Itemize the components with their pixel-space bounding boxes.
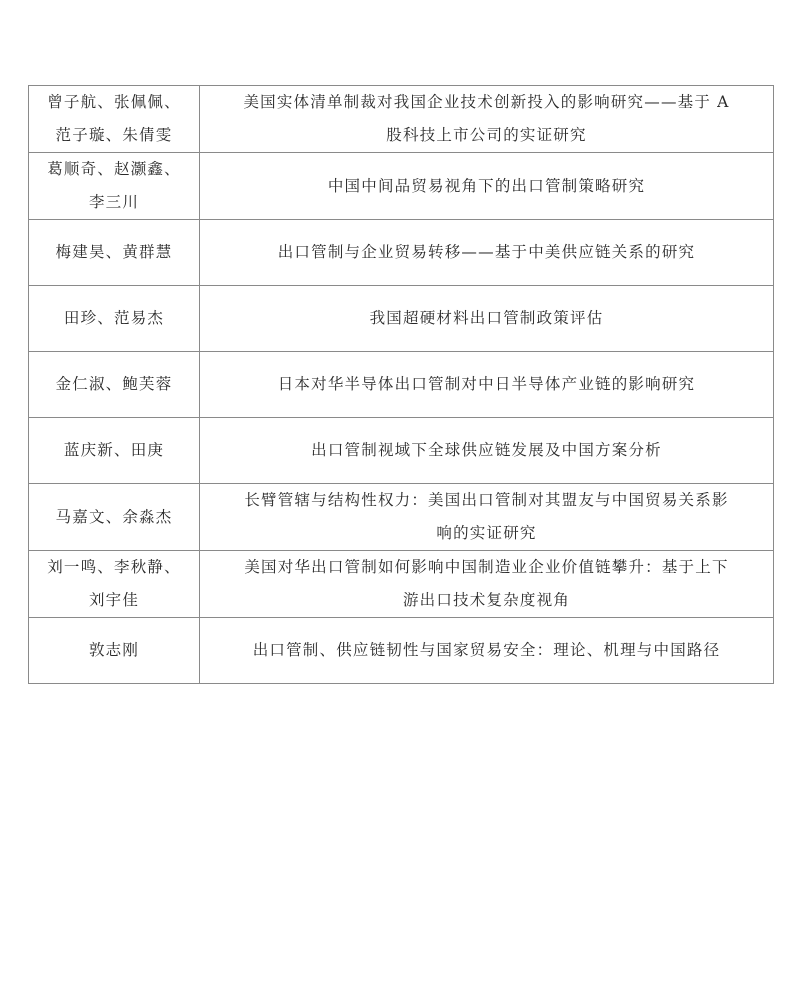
author-line: 刘宇佳 [31, 584, 197, 617]
author-line: 刘一鸣、李秋静、 [31, 551, 197, 584]
title-cell: 出口管制、供应链韧性与国家贸易安全：理论、机理与中国路径 [200, 618, 774, 684]
title-line: 出口管制、供应链韧性与国家贸易安全：理论、机理与中国路径 [206, 634, 767, 667]
title-line: 长臂管辖与结构性权力：美国出口管制对其盟友与中国贸易关系影 [206, 484, 767, 517]
author-line: 范子璇、朱倩雯 [31, 119, 197, 152]
author-line: 蓝庆新、田庚 [31, 434, 197, 467]
authors-cell: 葛顺奇、赵灏鑫、 李三川 [29, 153, 200, 220]
table-row: 蓝庆新、田庚 出口管制视域下全球供应链发展及中国方案分析 [29, 418, 774, 484]
title-cell: 日本对华半导体出口管制对中日半导体产业链的影响研究 [200, 352, 774, 418]
authors-cell: 敦志刚 [29, 618, 200, 684]
title-line: 响的实证研究 [206, 517, 767, 550]
title-line: 美国实体清单制裁对我国企业技术创新投入的影响研究——基于 A [206, 86, 767, 119]
authors-cell: 田珍、范易杰 [29, 286, 200, 352]
author-line: 田珍、范易杰 [31, 302, 197, 335]
author-line: 曾子航、张佩佩、 [31, 86, 197, 119]
table-row: 梅建昊、黄群慧 出口管制与企业贸易转移——基于中美供应链关系的研究 [29, 220, 774, 286]
table-row: 曾子航、张佩佩、 范子璇、朱倩雯 美国实体清单制裁对我国企业技术创新投入的影响研… [29, 86, 774, 153]
title-line: 出口管制视域下全球供应链发展及中国方案分析 [206, 434, 767, 467]
title-cell: 美国实体清单制裁对我国企业技术创新投入的影响研究——基于 A 股科技上市公司的实… [200, 86, 774, 153]
title-line: 日本对华半导体出口管制对中日半导体产业链的影响研究 [206, 368, 767, 401]
title-line: 股科技上市公司的实证研究 [206, 119, 767, 152]
author-line: 葛顺奇、赵灏鑫、 [31, 153, 197, 186]
author-line: 马嘉文、余淼杰 [31, 501, 197, 534]
authors-cell: 刘一鸣、李秋静、 刘宇佳 [29, 551, 200, 618]
title-line: 我国超硬材料出口管制政策评估 [206, 302, 767, 335]
table-row: 马嘉文、余淼杰 长臂管辖与结构性权力：美国出口管制对其盟友与中国贸易关系影 响的… [29, 484, 774, 551]
title-cell: 我国超硬材料出口管制政策评估 [200, 286, 774, 352]
title-cell: 长臂管辖与结构性权力：美国出口管制对其盟友与中国贸易关系影 响的实证研究 [200, 484, 774, 551]
title-cell: 美国对华出口管制如何影响中国制造业企业价值链攀升：基于上下 游出口技术复杂度视角 [200, 551, 774, 618]
authors-cell: 蓝庆新、田庚 [29, 418, 200, 484]
research-table: 曾子航、张佩佩、 范子璇、朱倩雯 美国实体清单制裁对我国企业技术创新投入的影响研… [28, 85, 774, 684]
title-line: 游出口技术复杂度视角 [206, 584, 767, 617]
table-row: 田珍、范易杰 我国超硬材料出口管制政策评估 [29, 286, 774, 352]
table-row: 葛顺奇、赵灏鑫、 李三川 中国中间品贸易视角下的出口管制策略研究 [29, 153, 774, 220]
table-row: 刘一鸣、李秋静、 刘宇佳 美国对华出口管制如何影响中国制造业企业价值链攀升：基于… [29, 551, 774, 618]
author-line: 梅建昊、黄群慧 [31, 236, 197, 269]
title-cell: 中国中间品贸易视角下的出口管制策略研究 [200, 153, 774, 220]
author-line: 金仁淑、鲍芙蓉 [31, 368, 197, 401]
authors-cell: 马嘉文、余淼杰 [29, 484, 200, 551]
title-line: 出口管制与企业贸易转移——基于中美供应链关系的研究 [206, 236, 767, 269]
table-row: 金仁淑、鲍芙蓉 日本对华半导体出口管制对中日半导体产业链的影响研究 [29, 352, 774, 418]
table-row: 敦志刚 出口管制、供应链韧性与国家贸易安全：理论、机理与中国路径 [29, 618, 774, 684]
authors-cell: 梅建昊、黄群慧 [29, 220, 200, 286]
author-line: 敦志刚 [31, 634, 197, 667]
author-line: 李三川 [31, 186, 197, 219]
title-cell: 出口管制与企业贸易转移——基于中美供应链关系的研究 [200, 220, 774, 286]
title-line: 中国中间品贸易视角下的出口管制策略研究 [206, 170, 767, 203]
authors-cell: 金仁淑、鲍芙蓉 [29, 352, 200, 418]
authors-cell: 曾子航、张佩佩、 范子璇、朱倩雯 [29, 86, 200, 153]
title-cell: 出口管制视域下全球供应链发展及中国方案分析 [200, 418, 774, 484]
title-line: 美国对华出口管制如何影响中国制造业企业价值链攀升：基于上下 [206, 551, 767, 584]
